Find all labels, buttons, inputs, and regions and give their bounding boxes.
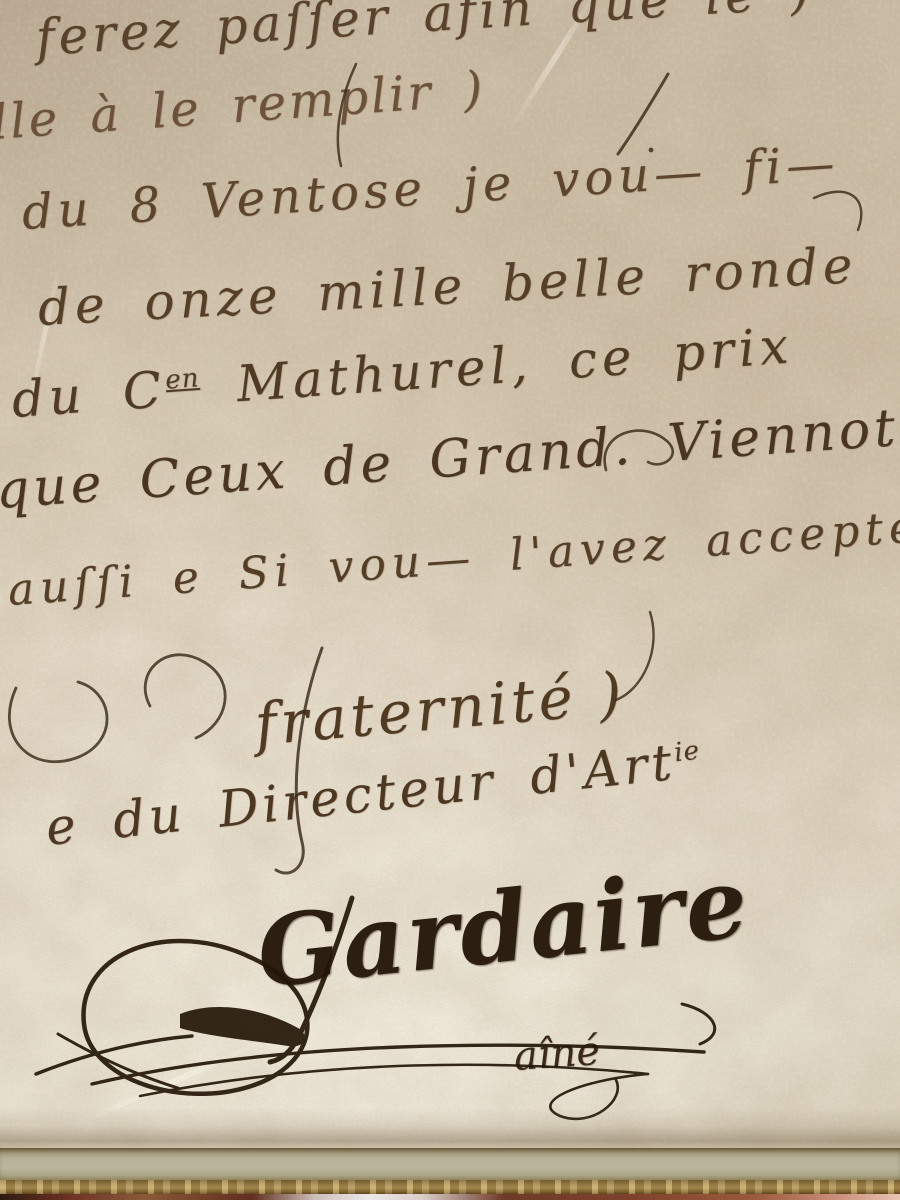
fraternite-initial-loop-1	[9, 682, 107, 762]
signature-qualifier-aine: aîné	[512, 1028, 601, 1080]
line-text: du 8 Ventose je vou— fi—	[20, 135, 841, 241]
abbreviation-superscript: en	[164, 363, 200, 395]
manuscript-line-3: du 8 Ventose je vou— fi—	[20, 136, 840, 241]
signature-cross-stroke-2	[58, 1034, 178, 1088]
mat-edge	[0, 1148, 900, 1180]
paraph-ascender	[276, 648, 322, 873]
paper-bottom-crease	[0, 1108, 900, 1150]
line3-tail-curl	[814, 192, 861, 230]
manuscript-line-7: auſſi e Si vou— l'avez accepté	[6, 502, 900, 616]
signature-underline-1	[92, 1045, 704, 1084]
manuscript-line-9: e du Directeur d'Artie	[43, 731, 704, 857]
signature-cross-stroke-1	[36, 1036, 192, 1074]
line-text: e du Directeur d'Art	[43, 733, 678, 857]
line-text: auſſi e Si vou— l'avez accepté	[6, 501, 900, 616]
abbreviation-superscript: ie	[673, 736, 702, 769]
line-text: du C	[10, 360, 168, 429]
fraternite-initial-loop-2	[145, 655, 225, 738]
signature-ink-blot	[180, 1007, 305, 1046]
line-text: Mathurel, ce prix	[198, 316, 795, 415]
gilded-frame-edge	[0, 1180, 900, 1194]
manuscript-paper: ferez paſſer afin que le ) lle à le remp…	[0, 0, 900, 1148]
line-text: ferez paſſer afin que le )	[34, 0, 815, 67]
frame-dark-edge	[0, 1194, 900, 1200]
framed-manuscript-photo: ferez paſſer afin que le ) lle à le remp…	[0, 0, 900, 1200]
signature-end-swirl	[682, 1004, 715, 1044]
line-text: lle à le remplir )	[0, 61, 487, 151]
signature-gardaire: Gardaire	[252, 845, 754, 1010]
manuscript-line-1: ferez paſſer afin que le )	[34, 0, 815, 67]
slash-mark	[618, 74, 668, 154]
manuscript-line-2: lle à le remplir )	[0, 62, 487, 152]
